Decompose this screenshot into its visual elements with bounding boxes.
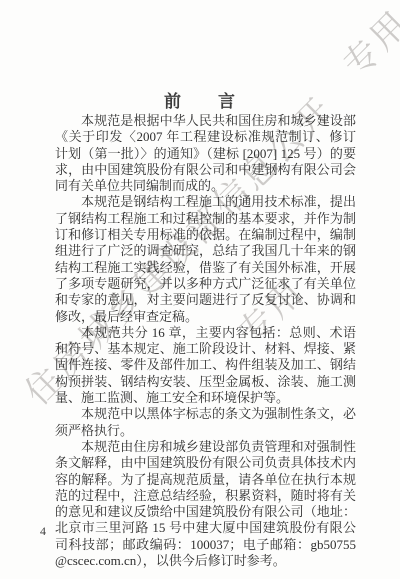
- paragraph-3: 本规范共分 16 章，主要内容包括：总则、术语和符号、基本规定、施工阶段设计、材…: [55, 325, 356, 406]
- scanned-document-page: 住房城乡建设部信息公开 专用 专用 前 言 本规范是根据中华人民共和国住房和城乡…: [0, 0, 400, 579]
- watermark-text-corner: 专用: [330, 0, 400, 87]
- foreword-body: 本规范是根据中华人民共和国住房和城乡建设部《关于印发〈2007 年工程建设标准规…: [55, 113, 356, 569]
- page-number: 4: [40, 524, 46, 539]
- paragraph-2: 本规范是钢结构工程施工的通用技术标准，提出了钢结构工程施工和过程控制的基本要求，…: [55, 194, 356, 324]
- paragraph-1: 本规范是根据中华人民共和国住房和城乡建设部《关于印发〈2007 年工程建设标准规…: [55, 113, 356, 194]
- paragraph-5: 本规范由住房和城乡建设部负责管理和对强制性条文解释，由中国建筑股份有限公司负责具…: [55, 439, 356, 569]
- paragraph-4: 本规范中以黑体字标志的条文为强制性条文，必须严格执行。: [55, 406, 356, 439]
- page-title: 前 言: [0, 87, 400, 112]
